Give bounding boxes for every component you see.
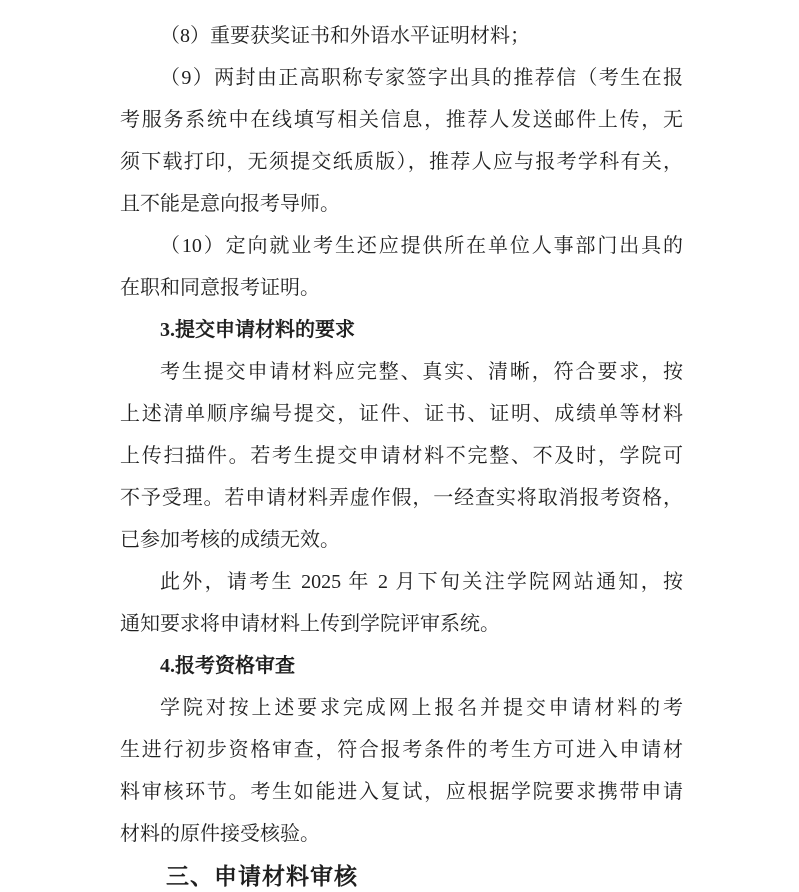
section-heading-material-review: 三、申请材料审核 (120, 855, 683, 892)
document-line: 且不能是意向报考导师。 (120, 183, 683, 225)
document-line: 料审核环节。考生如能进入复试，应根据学院要求携带申请 (120, 771, 683, 813)
document-page: （8）重要获奖证书和外语水平证明材料； （9）两封由正高职称专家签字出具的推荐信… (0, 0, 799, 892)
document-line: 学院对按上述要求完成网上报名并提交申请材料的考 (120, 687, 683, 729)
document-line: 通知要求将申请材料上传到学院评审系统。 (120, 603, 683, 645)
document-line: 不予受理。若申请材料弄虚作假，一经查实将取消报考资格， (120, 477, 683, 519)
document-line: （10）定向就业考生还应提供所在单位人事部门出具的 (120, 225, 683, 267)
document-line: （8）重要获奖证书和外语水平证明材料； (120, 15, 683, 57)
document-line: 材料的原件接受核验。 (120, 813, 683, 855)
document-line: 上传扫描件。若考生提交申请材料不完整、不及时，学院可 (120, 435, 683, 477)
document-line: 在职和同意报考证明。 (120, 267, 683, 309)
document-line: 考生提交申请材料应完整、真实、清晰，符合要求，按 (120, 351, 683, 393)
document-line: 须下载打印，无须提交纸质版），推荐人应与报考学科有关， (120, 141, 683, 183)
subsection-heading-3: 3.提交申请材料的要求 (120, 309, 683, 351)
document-line: 考服务系统中在线填写相关信息，推荐人发送邮件上传，无 (120, 99, 683, 141)
document-line: 上述清单顺序编号提交，证件、证书、证明、成绩单等材料 (120, 393, 683, 435)
document-line: 此外，请考生 2025 年 2 月下旬关注学院网站通知，按 (120, 561, 683, 603)
document-line: （9）两封由正高职称专家签字出具的推荐信（考生在报 (120, 57, 683, 99)
subsection-heading-4: 4.报考资格审查 (120, 645, 683, 687)
document-line: 已参加考核的成绩无效。 (120, 519, 683, 561)
document-line: 生进行初步资格审查，符合报考条件的考生方可进入申请材 (120, 729, 683, 771)
